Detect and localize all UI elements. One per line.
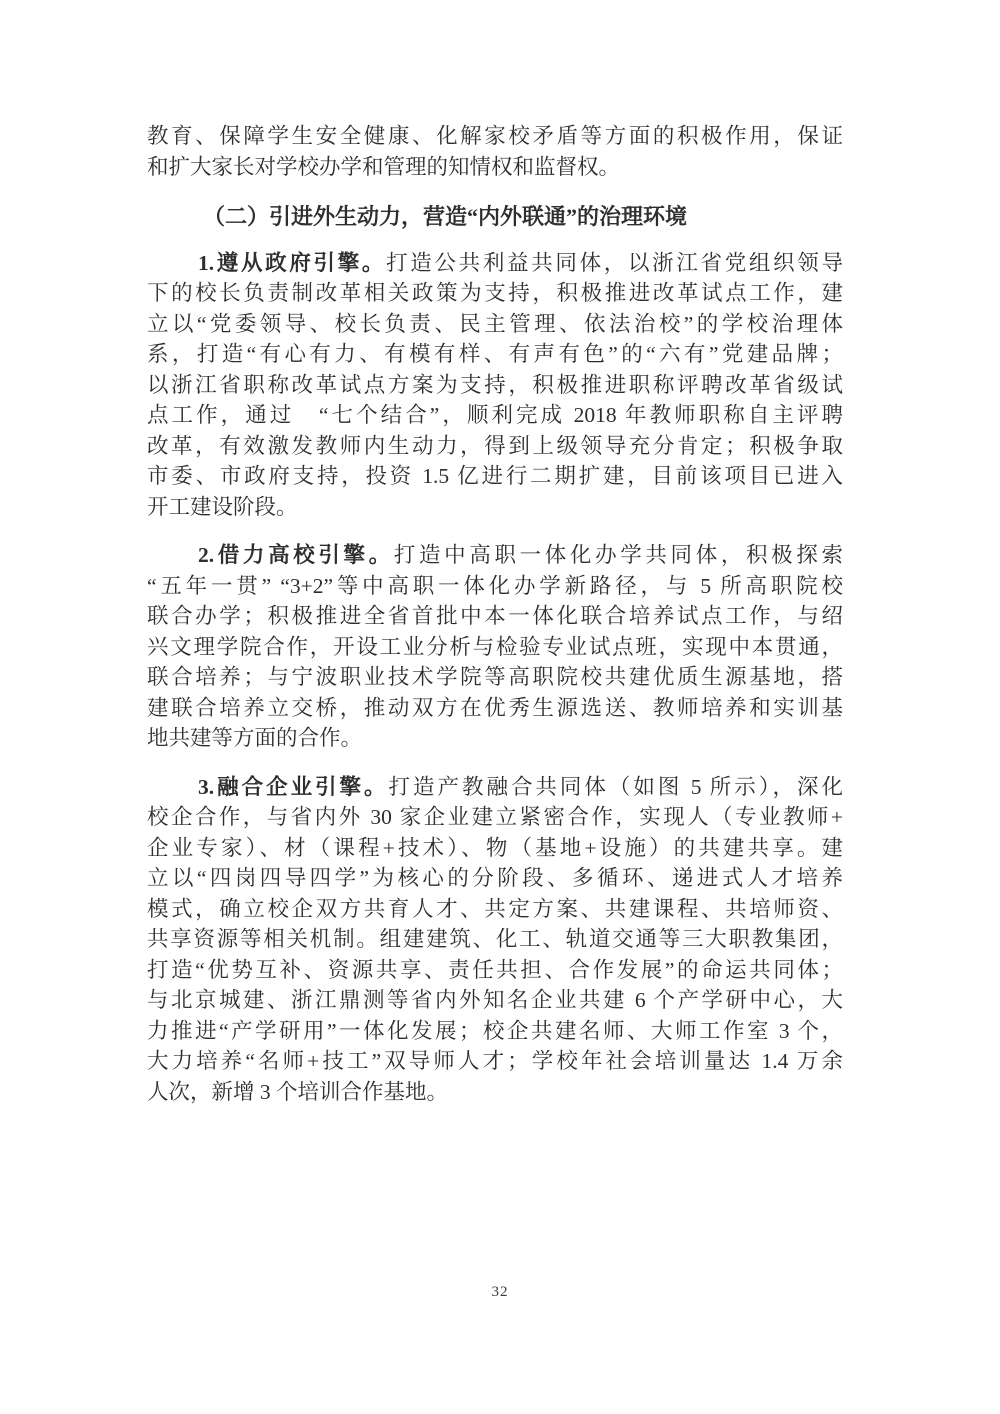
text-line: 联合培养；与宁波职业技术学院等高职院校共建优质生源基地，搭 [147, 662, 843, 693]
text-line: 立以“四岗四导四学”为核心的分阶段、多循环、递进式人才培养 [147, 863, 843, 894]
text-line: 企业专家）、材（课程+技术）、物（基地+设施）的共建共享。建 [147, 833, 843, 864]
text-line: “五年一贯” “3+2”等中高职一体化办学新路径，与 5 所高职院校 [147, 571, 843, 602]
text-line: 模式，确立校企双方共育人才、共定方案、共建课程、共培师资、 [147, 894, 843, 925]
text-line: 联合办学；积极推进全省首批中本一体化联合培养试点工作，与绍 [147, 601, 843, 632]
text-line: 共享资源等相关机制。组建建筑、化工、轨道交通等三大职教集团， [147, 924, 843, 955]
text-line: 市委、市政府支持，投资 1.5 亿进行二期扩建，目前该项目已进入 [147, 461, 843, 492]
text-line: 点工作，通过 “七个结合”，顺利完成 2018 年教师职称自主评聘 [147, 400, 843, 431]
text-line: 1.遵从政府引擎。打造公共利益共同体，以浙江省党组织领导 [147, 248, 843, 279]
text-line: 人次，新增 3 个培训合作基地。 [147, 1077, 843, 1108]
text-line: 3.融合企业引擎。打造产教融合共同体（如图 5 所示），深化 [147, 772, 843, 803]
text-line: 开工建设阶段。 [147, 492, 843, 523]
text-line: 大力培养“名师+技工”双导师人才；学校年社会培训量达 1.4 万余 [147, 1046, 843, 1077]
document-body: 教育、保障学生安全健康、化解家校矛盾等方面的积极作用，保证 和扩大家长对学校办学… [147, 121, 843, 1107]
text-line: 系，打造“有心有力、有模有样、有声有色”的“六有”党建品牌； [147, 339, 843, 370]
text-line: 教育、保障学生安全健康、化解家校矛盾等方面的积极作用，保证 [147, 121, 843, 152]
text-line: 下的校长负责制改革相关政策为支持，积极推进改革试点工作，建 [147, 278, 843, 309]
text-line: 2.借力高校引擎。打造中高职一体化办学共同体，积极探索 [147, 540, 843, 571]
page-footer: 32 [0, 1283, 1000, 1301]
document-page: 教育、保障学生安全健康、化解家校矛盾等方面的积极作用，保证 和扩大家长对学校办学… [0, 0, 1000, 1414]
paragraph-lead-rest: 打造中高职一体化办学共同体，积极探索 [394, 543, 843, 567]
text-line: 地共建等方面的合作。 [147, 723, 843, 754]
paragraph-college-engine: 2.借力高校引擎。打造中高职一体化办学共同体，积极探索 “五年一贯” “3+2”… [147, 540, 843, 754]
section-heading: （二）引进外生动力，营造“内外联通”的治理环境 [147, 202, 843, 233]
text-line: 打造“优势互补、资源共享、责任共担、合作发展”的命运共同体； [147, 955, 843, 986]
text-line: 校企合作，与省内外 30 家企业建立紧密合作，实现人（专业教师+ [147, 802, 843, 833]
paragraph-lead: 1.遵从政府引擎。 [198, 251, 386, 275]
paragraph-lead: 3.融合企业引擎。 [198, 775, 389, 799]
text-line: 与北京城建、浙江鼎测等省内外知名企业共建 6 个产学研中心，大 [147, 985, 843, 1016]
text-line: 立以“党委领导、校长负责、民主管理、依法治校”的学校治理体 [147, 309, 843, 340]
paragraph-lead-rest: 打造产教融合共同体（如图 5 所示），深化 [389, 775, 843, 799]
text-line: 改革，有效激发教师内生动力，得到上级领导充分肯定；积极争取 [147, 431, 843, 462]
paragraph-lead-rest: 打造公共利益共同体，以浙江省党组织领导 [386, 251, 843, 275]
text-line: 兴文理学院合作，开设工业分析与检验专业试点班，实现中本贯通， [147, 632, 843, 663]
text-line: 力推进“产学研用”一体化发展；校企共建名师、大师工作室 3 个， [147, 1016, 843, 1047]
paragraph-enterprise-engine: 3.融合企业引擎。打造产教融合共同体（如图 5 所示），深化 校企合作，与省内外… [147, 772, 843, 1108]
text-line: 建联合培养立交桥，推动双方在优秀生源选送、教师培养和实训基 [147, 693, 843, 724]
page-number: 32 [492, 1284, 509, 1300]
paragraph-lead: 2.借力高校引擎。 [198, 543, 394, 567]
paragraph-intro: 教育、保障学生安全健康、化解家校矛盾等方面的积极作用，保证 和扩大家长对学校办学… [147, 121, 843, 182]
text-line: 以浙江省职称改革试点方案为支持，积极推进职称评聘改革省级试 [147, 370, 843, 401]
text-line: 和扩大家长对学校办学和管理的知情权和监督权。 [147, 152, 843, 183]
paragraph-government-engine: 1.遵从政府引擎。打造公共利益共同体，以浙江省党组织领导 下的校长负责制改革相关… [147, 248, 843, 523]
